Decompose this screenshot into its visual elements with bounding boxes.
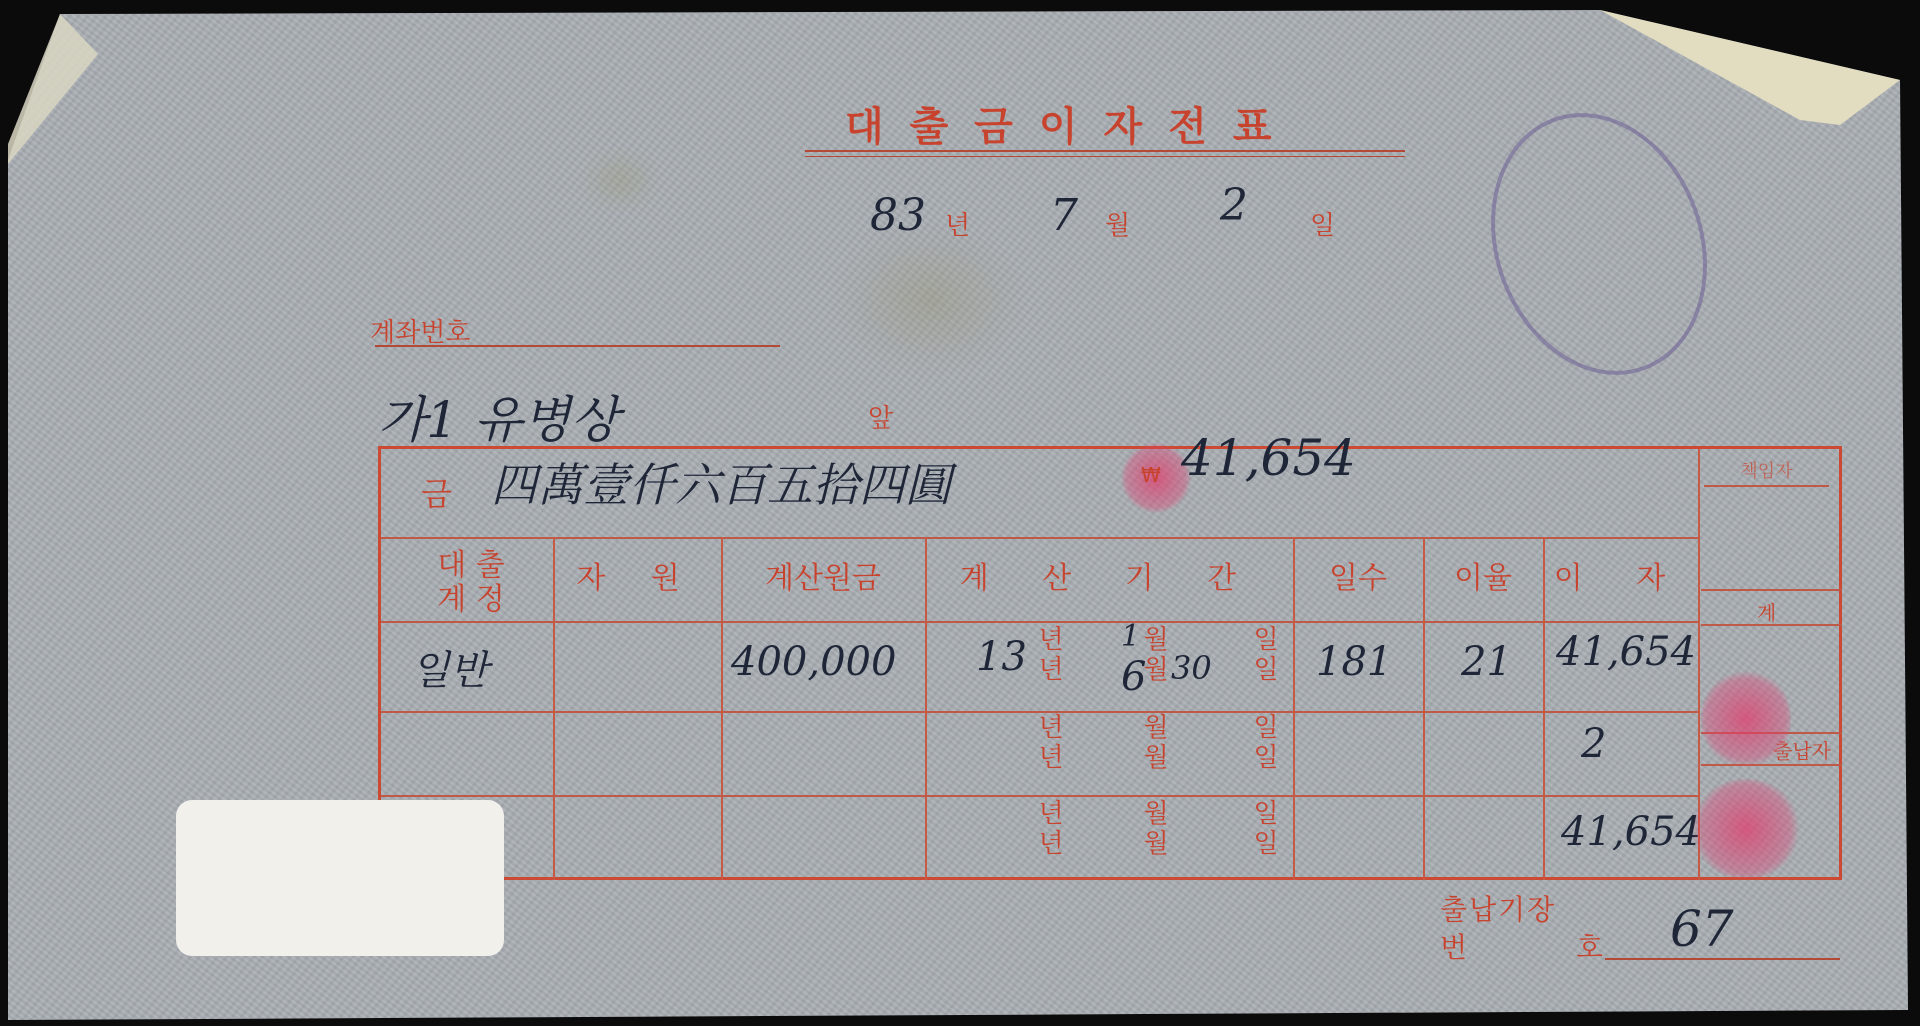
interest-table: 금 四萬壹仟六百五拾四圓 ₩ 41,654 대 출 계 정 자 원 계산원금 계…	[378, 446, 1842, 880]
document-title: 대출금이자전표	[845, 95, 1297, 152]
period-month-labels-row3: 월월	[1141, 799, 1171, 859]
header-calc-period: 계 산 기 간	[925, 562, 1293, 596]
row1-period-to-day: 30	[1171, 649, 1212, 687]
period-day-labels-row1: 일일	[1251, 625, 1281, 685]
period-year-labels-row3: 년년	[1036, 799, 1066, 859]
interest-seal	[1691, 779, 1801, 879]
row1-rate: 21	[1461, 639, 1512, 685]
row1-period-year: 13	[976, 634, 1027, 680]
amount-value: 41,654	[1181, 429, 1356, 487]
ledger-number: 67	[1670, 900, 1734, 958]
date-day-label: 일	[1310, 205, 1335, 242]
amount-handwritten: 四萬壹仟六百五拾四圓	[491, 449, 951, 515]
row1-calc-principal: 400,000	[731, 639, 896, 685]
side-divider	[1704, 485, 1829, 487]
payee-name: 가1 유병상	[378, 380, 619, 452]
row1-account-type: 일반	[411, 639, 488, 696]
row-divider	[381, 537, 1698, 539]
header-principal: 자 원	[553, 562, 721, 596]
title-underline-2	[805, 156, 1405, 157]
period-year-labels-row1: 년년	[1036, 625, 1066, 685]
side-divider	[1701, 624, 1842, 626]
cashier-seal	[1701, 669, 1791, 769]
row1-period-from-month: 1	[1121, 619, 1140, 654]
date-month-value: 7	[1050, 190, 1078, 241]
row1-interest: 41,654	[1556, 629, 1696, 675]
side-divider	[1701, 589, 1842, 591]
period-month-labels-row2: 월월	[1141, 713, 1171, 773]
row1-days: 181	[1316, 639, 1392, 685]
side-total-label: 계	[1704, 597, 1829, 626]
period-year-labels-row2: 년년	[1036, 713, 1066, 773]
period-day-labels-row3: 일일	[1251, 799, 1281, 859]
period-day-labels-row2: 일일	[1251, 713, 1281, 773]
ledger-label-bottom: 번 호	[1440, 926, 1653, 966]
date-day-value: 2	[1220, 180, 1248, 231]
header-account-type: 대 출 계 정	[391, 549, 551, 617]
side-responsible-label: 책임자	[1704, 457, 1829, 483]
date-month-label: 월	[1105, 205, 1130, 242]
ledger-underline	[1605, 958, 1840, 960]
amount-label: 금	[421, 469, 452, 515]
row2-interest: 2	[1581, 721, 1606, 767]
amount-symbol: ₩	[1141, 463, 1161, 487]
account-number-line	[375, 345, 780, 347]
title-underline	[805, 150, 1405, 152]
row3-interest: 41,654	[1561, 809, 1701, 855]
side-divider	[1701, 764, 1842, 766]
header-calc-principal: 계산원금	[721, 562, 925, 596]
row-divider	[381, 621, 1698, 623]
payee-suffix: 앞	[868, 398, 893, 435]
ledger-label-top: 출납기장	[1440, 888, 1556, 928]
header-interest: 이 자	[1543, 562, 1698, 596]
header-days: 일수	[1293, 562, 1423, 596]
date-year-label: 년	[945, 205, 970, 242]
account-number-label: 계좌번호	[370, 312, 470, 349]
white-label-sticker	[176, 800, 504, 956]
period-month-labels-row1: 월월	[1141, 625, 1171, 685]
date-year-value: 83	[870, 190, 926, 241]
row-divider	[381, 795, 1698, 797]
header-rate: 이율	[1423, 562, 1543, 596]
